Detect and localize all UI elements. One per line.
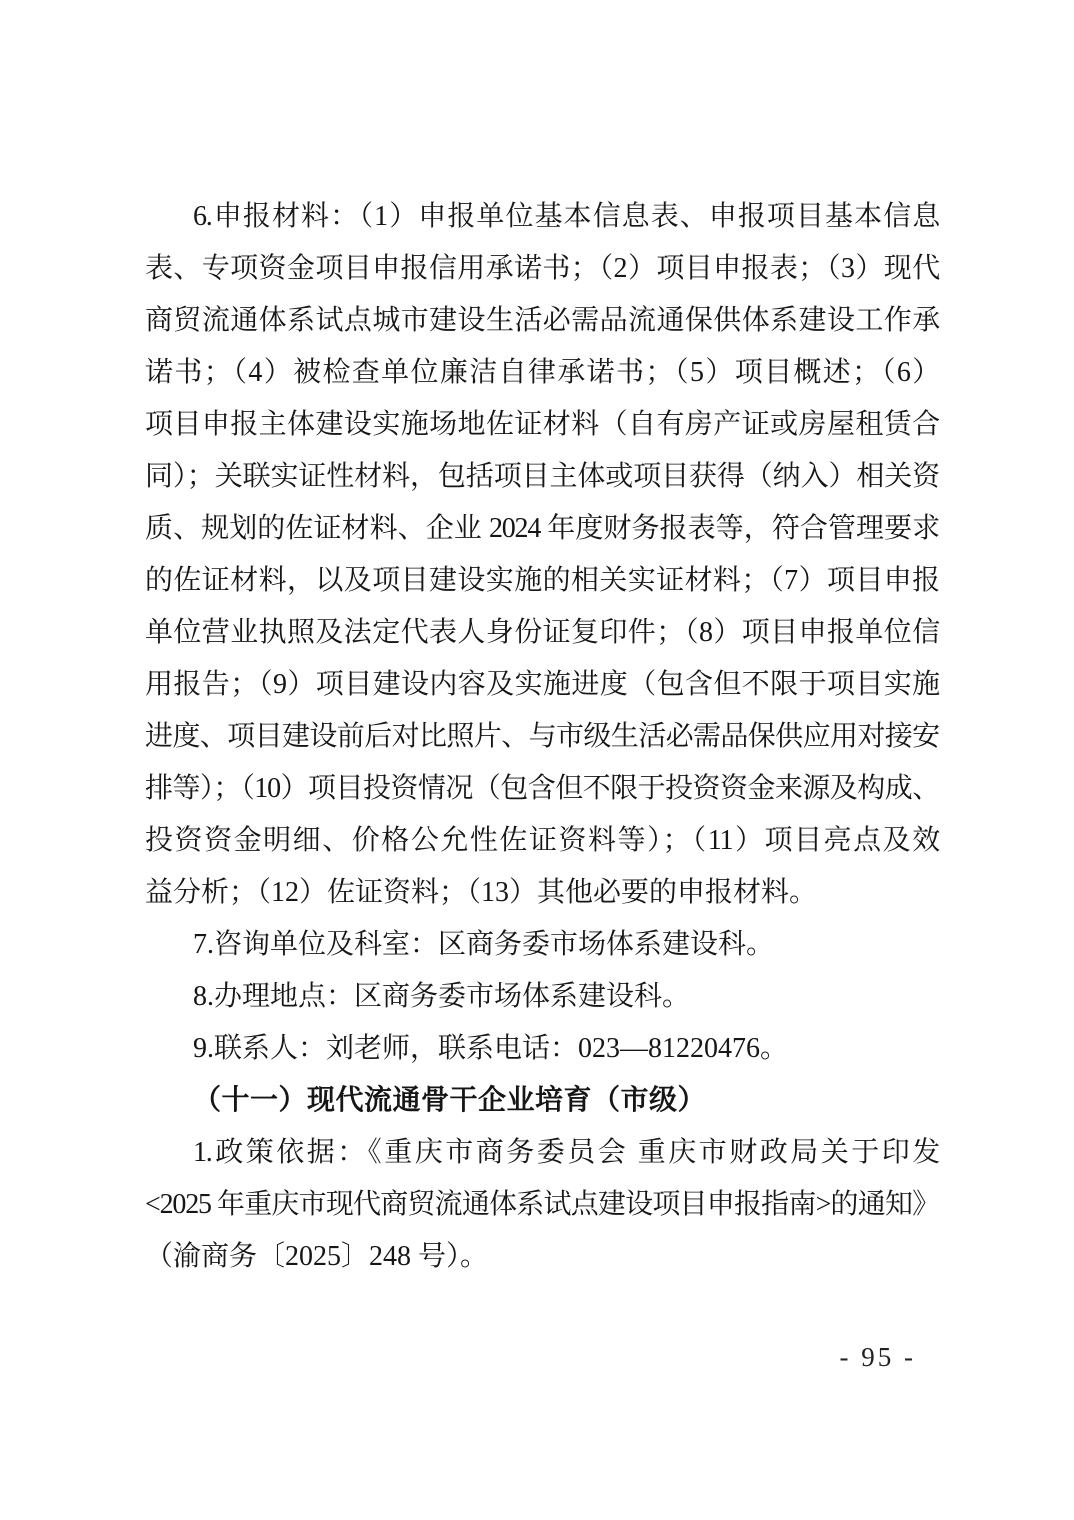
section-heading: （十一）现代流通骨干企业培育（市级） — [145, 1075, 939, 1127]
text-line: 7.咨询单位及科室：区商务委市场体系建设科。 — [145, 919, 939, 971]
text-line: 同）；关联实证性材料，包括项目主体或项目获得（纳入）相关资 — [145, 451, 939, 503]
text-line: 进度、项目建设前后对比照片、与市级生活必需品保供应用对接安 — [145, 711, 939, 763]
document-body: 6.申报材料：（1）申报单位基本信息表、申报项目基本信息 表、专项资金项目申报信… — [145, 191, 939, 1283]
text-line: 投资资金明细、价格公允性佐证资料等）；（11）项目亮点及效 — [145, 815, 939, 867]
text-line: 9.联系人：刘老师，联系电话：023—81220476。 — [145, 1023, 939, 1075]
text-line: 质、规划的佐证材料、企业 2024 年度财务报表等，符合管理要求 — [145, 503, 939, 555]
document-page: 6.申报材料：（1）申报单位基本信息表、申报项目基本信息 表、专项资金项目申报信… — [0, 0, 1074, 1520]
text-line: （渝商务〔2025〕248 号）。 — [145, 1231, 939, 1283]
text-line: 益分析；（12）佐证资料；（13）其他必要的申报材料。 — [145, 867, 939, 919]
page-number: - 95 - — [840, 1342, 916, 1373]
text-line: 8.办理地点：区商务委市场体系建设科。 — [145, 971, 939, 1023]
text-line: <2025 年重庆市现代商贸流通体系试点建设项目申报指南>的通知》 — [145, 1179, 939, 1231]
text-line: 单位营业执照及法定代表人身份证复印件；（8）项目申报单位信 — [145, 607, 939, 659]
text-line: 诺书；（4）被检查单位廉洁自律承诺书；（5）项目概述；（6） — [145, 347, 939, 399]
text-line: 6.申报材料：（1）申报单位基本信息表、申报项目基本信息 — [145, 191, 939, 243]
text-line: 商贸流通体系试点城市建设生活必需品流通保供体系建设工作承 — [145, 295, 939, 347]
text-line: 1.政策依据：《重庆市商务委员会 重庆市财政局关于印发 — [145, 1127, 939, 1179]
text-line: 项目申报主体建设实施场地佐证材料（自有房产证或房屋租赁合 — [145, 399, 939, 451]
text-line: 用报告；（9）项目建设内容及实施进度（包含但不限于项目实施 — [145, 659, 939, 711]
text-line: 的佐证材料，以及项目建设实施的相关实证材料；（7）项目申报 — [145, 555, 939, 607]
text-line: 表、专项资金项目申报信用承诺书；（2）项目申报表；（3）现代 — [145, 243, 939, 295]
text-line: 排等）；（10）项目投资情况（包含但不限于投资资金来源及构成、 — [145, 763, 939, 815]
